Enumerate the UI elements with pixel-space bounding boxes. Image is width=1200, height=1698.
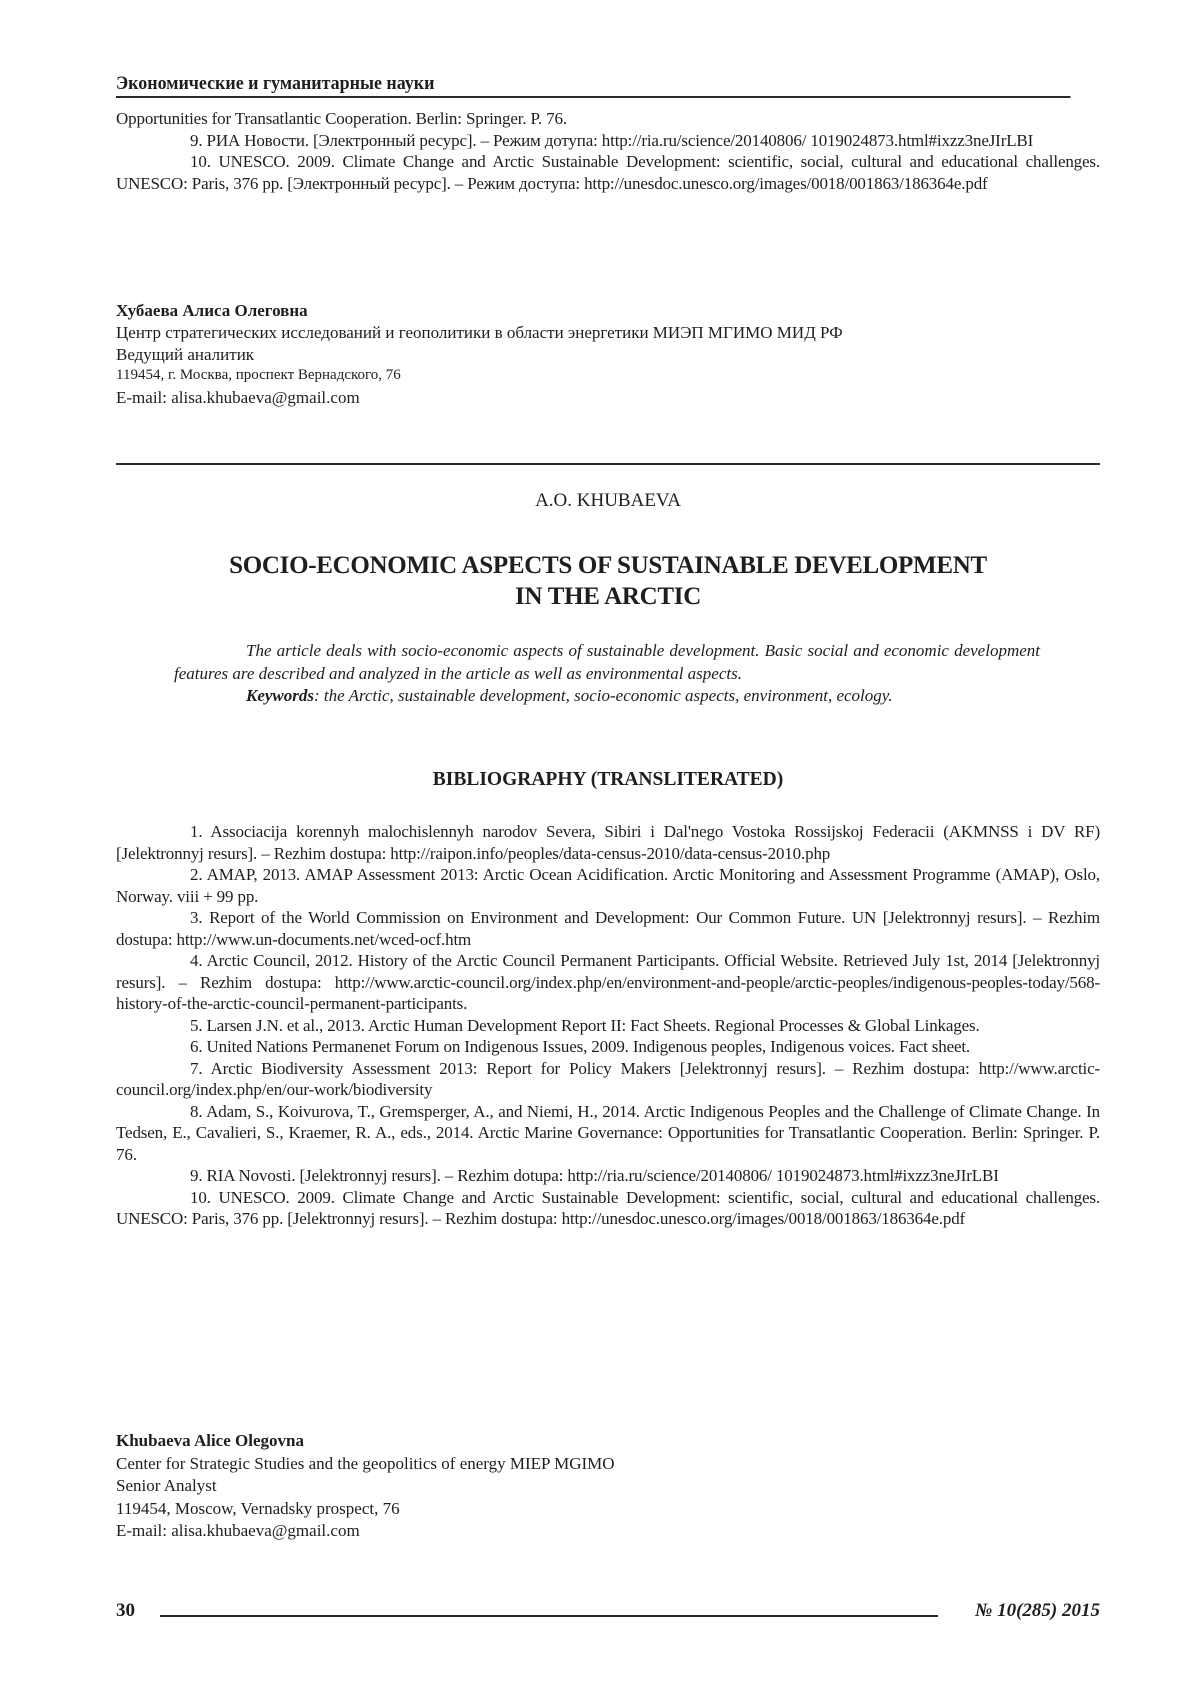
footer-rule (160, 1615, 938, 1617)
article-author: A.O. KHUBAEVA (116, 490, 1100, 512)
bibliography-heading: BIBLIOGRAPHY (TRANSLITERATED) (116, 769, 1100, 791)
title-line: SOCIO-ECONOMIC ASPECTS OF SUSTAINABLE DE… (116, 550, 1100, 581)
author-affiliation: Центр стратегических исследований и геоп… (116, 322, 1100, 344)
author-address: 119454, Moscow, Vernadsky prospect, 76 (116, 1498, 1100, 1521)
author-address: 119454, г. Москва, проспект Вернадского,… (116, 365, 1100, 387)
abstract-text: The article deals with socio-economic as… (174, 640, 1040, 685)
author-position: Ведущий аналитик (116, 344, 1100, 366)
author-name: Хубаева Алиса Олеговна (116, 300, 1100, 322)
title-line: IN THE ARCTIC (116, 581, 1100, 612)
keywords-label: Keywords (246, 686, 314, 705)
bibliography-item: 8. Adam, S., Koivurova, T., Gremsperger,… (116, 1101, 1100, 1166)
author-affiliation: Center for Strategic Studies and the geo… (116, 1453, 1100, 1476)
author-name: Khubaeva Alice Olegovna (116, 1430, 1100, 1453)
author-email[interactable]: E-mail: alisa.khubaeva@gmail.com (116, 387, 1100, 409)
running-head: Экономические и гуманитарные науки (116, 73, 1070, 98)
bibliography-item: 5. Larsen J.N. et al., 2013. Arctic Huma… (116, 1015, 1100, 1037)
bibliography-list: 1. Associacija korennyh malochislennyh n… (116, 821, 1100, 1230)
bibliography-item: 9. RIA Novosti. [Jelektronnyj resurs]. –… (116, 1165, 1100, 1187)
bibliography-item: 1. Associacija korennyh malochislennyh n… (116, 821, 1100, 864)
bibliography-item: 3. Report of the World Commission on Env… (116, 907, 1100, 950)
keywords: Keywords: the Arctic, sustainable develo… (174, 685, 1040, 708)
page-footer: 30 № 10(285) 2015 (116, 1600, 1100, 1624)
bibliography-item: 4. Arctic Council, 2012. History of the … (116, 950, 1100, 1015)
keywords-text: : the Arctic, sustainable development, s… (314, 686, 893, 705)
bibliography-item: 2. AMAP, 2013. AMAP Assessment 2013: Arc… (116, 864, 1100, 907)
author-position: Senior Analyst (116, 1475, 1100, 1498)
author-email[interactable]: E-mail: alisa.khubaeva@gmail.com (116, 1520, 1100, 1543)
author-info-russian: Хубаева Алиса Олеговна Центр стратегичес… (116, 300, 1100, 409)
author-info-english: Khubaeva Alice Olegovna Center for Strat… (116, 1430, 1100, 1543)
bibliography-item: 10. UNESCO. 2009. Climate Change and Arc… (116, 1187, 1100, 1230)
previous-article-references: Opportunities for Transatlantic Cooperat… (116, 108, 1100, 194)
reference-item: 9. РИА Новости. [Электронный ресурс]. – … (116, 130, 1100, 152)
issue-number: № 10(285) 2015 (975, 1600, 1100, 1622)
reference-item: 10. UNESCO. 2009. Climate Change and Arc… (116, 151, 1100, 194)
bibliography-item: 6. United Nations Permanenet Forum on In… (116, 1036, 1100, 1058)
section-divider (116, 463, 1100, 465)
abstract: The article deals with socio-economic as… (174, 640, 1040, 708)
page-number: 30 (116, 1600, 135, 1622)
reference-continuation: Opportunities for Transatlantic Cooperat… (116, 108, 1100, 130)
bibliography-item: 7. Arctic Biodiversity Assessment 2013: … (116, 1058, 1100, 1101)
article-title: SOCIO-ECONOMIC ASPECTS OF SUSTAINABLE DE… (116, 550, 1100, 612)
